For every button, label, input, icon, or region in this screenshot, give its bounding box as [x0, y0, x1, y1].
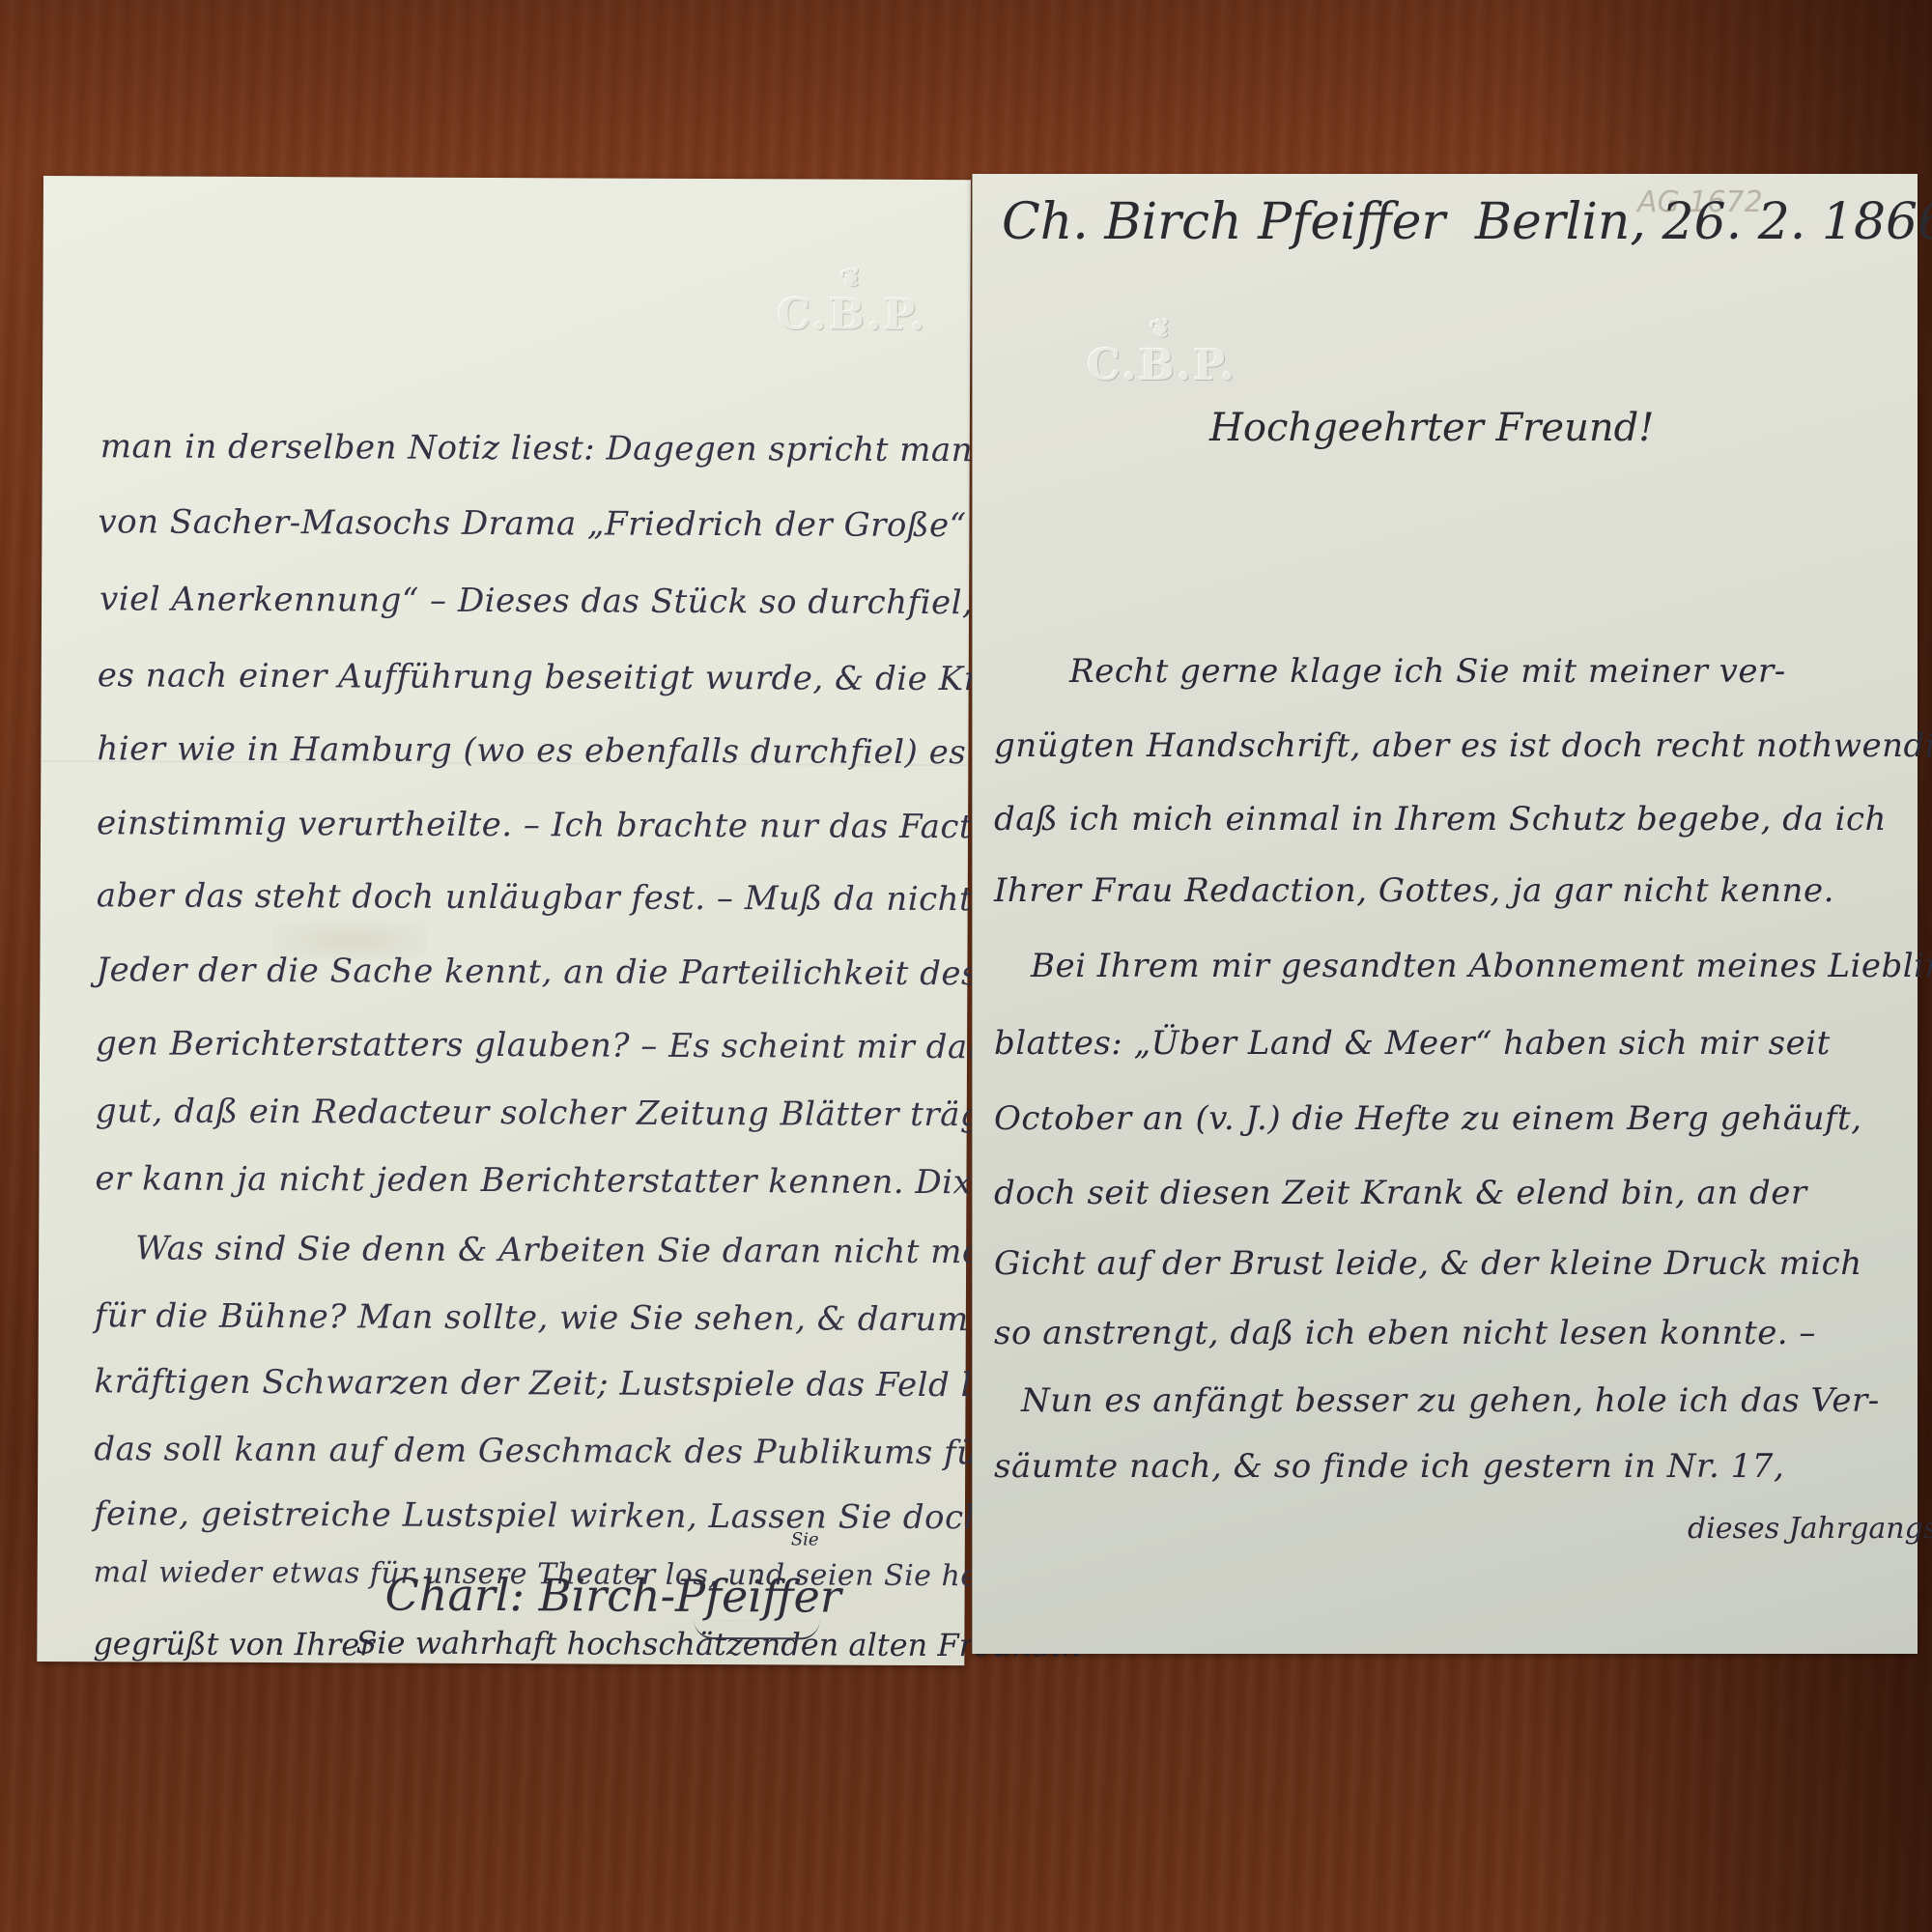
letter-line: Recht gerne klage ich Sie mit meiner ver… — [1069, 652, 1786, 691]
catchword: dieses Jahrgangs — [1688, 1512, 1932, 1546]
interlinear-insert: Sie — [791, 1529, 819, 1549]
letter-line: blattes: „Über Land & Meer“ haben sich m… — [994, 1024, 1831, 1063]
letter-line: Bei Ihrem mir gesandten Abonnement meine… — [1031, 947, 1932, 985]
embossed-monogram: ❦ C.B.P. — [1087, 317, 1236, 390]
date: 26. 2. 1866. — [1662, 193, 1932, 251]
letter-line: Nun es anfängt besser zu gehen, hole ich… — [1021, 1381, 1880, 1420]
letter-line: Was sind Sie denn & Arbeiten Sie daran n… — [135, 1229, 1020, 1271]
letter-line: man in derselben Notiz liest: Dagegen sp… — [100, 427, 974, 469]
letter-line: kräftigen Schwarzen der Zeit; Lustspiele… — [94, 1362, 1067, 1405]
salutation: Hochgeehrter Freund! — [1209, 406, 1654, 450]
place: Berlin, — [1475, 193, 1646, 251]
embossed-monogram: ❦ C.B.P. — [777, 266, 927, 340]
letter-line: Ihrer Frau Redaction, Gottes, ja gar nic… — [994, 871, 1834, 910]
letter-line: aber das steht doch unläugbar fest. – Mu… — [97, 876, 974, 919]
letter-line: doch seit diesen Zeit Krank & elend bin,… — [994, 1174, 1807, 1212]
letter-line: für die Bühne? Man sollte, wie Sie sehen… — [95, 1296, 1108, 1340]
sender-name: Ch. Birch Pfeiffer — [1002, 193, 1445, 251]
letter-line: säumte nach, & so finde ich gestern in N… — [994, 1447, 1784, 1486]
letter-line: einstimmig verurtheilte. – Ich brachte n… — [97, 804, 1037, 846]
letter-line: er kann ja nicht jeden Berichterstatter … — [95, 1159, 996, 1202]
letter-line: es nach einer Aufführung beseitigt wurde… — [98, 656, 1037, 698]
letter-line: gut, daß ein Redacteur solcher Zeitung B… — [96, 1092, 1102, 1135]
letter-line: October an (v. J.) die Hefte zu einem Be… — [994, 1099, 1862, 1138]
letterhead: Ch. Birch Pfeiffer Berlin, 26. 2. 1866. — [1002, 193, 1932, 251]
letter-line: das soll kann auf dem Geschmack des Publ… — [94, 1430, 1064, 1472]
letter-line: Gicht auf der Brust leide, & der kleine … — [994, 1244, 1862, 1283]
letter-page-right: AG 1672 Ch. Birch Pfeiffer Berlin, 26. 2… — [972, 174, 1918, 1654]
letter-line: so anstrengt, daß ich eben nicht lesen k… — [994, 1314, 1816, 1352]
closing-greeting: gegrüßt von Ihrer — [93, 1625, 374, 1662]
letter-line: gen Berichterstatters glauben? – Es sche… — [96, 1024, 1123, 1067]
letter-line: von Sacher-Masochs Drama „Friedrich der … — [98, 502, 1034, 545]
signature: Charl: Birch-Pfeiffer — [384, 1569, 840, 1623]
letter-line: viel Anerkennung“ – Dieses das Stück so … — [99, 580, 1048, 622]
letter-line: hier wie in Hamburg (wo es ebenfalls dur… — [97, 729, 966, 772]
letter-page-left: ❦ C.B.P. man in derselben Notiz liest: D… — [37, 176, 971, 1665]
letter-line: daß ich mich einmal in Ihrem Schutz bege… — [994, 800, 1887, 838]
letter-line: gnügten Handschrift, aber es ist doch re… — [994, 726, 1932, 765]
